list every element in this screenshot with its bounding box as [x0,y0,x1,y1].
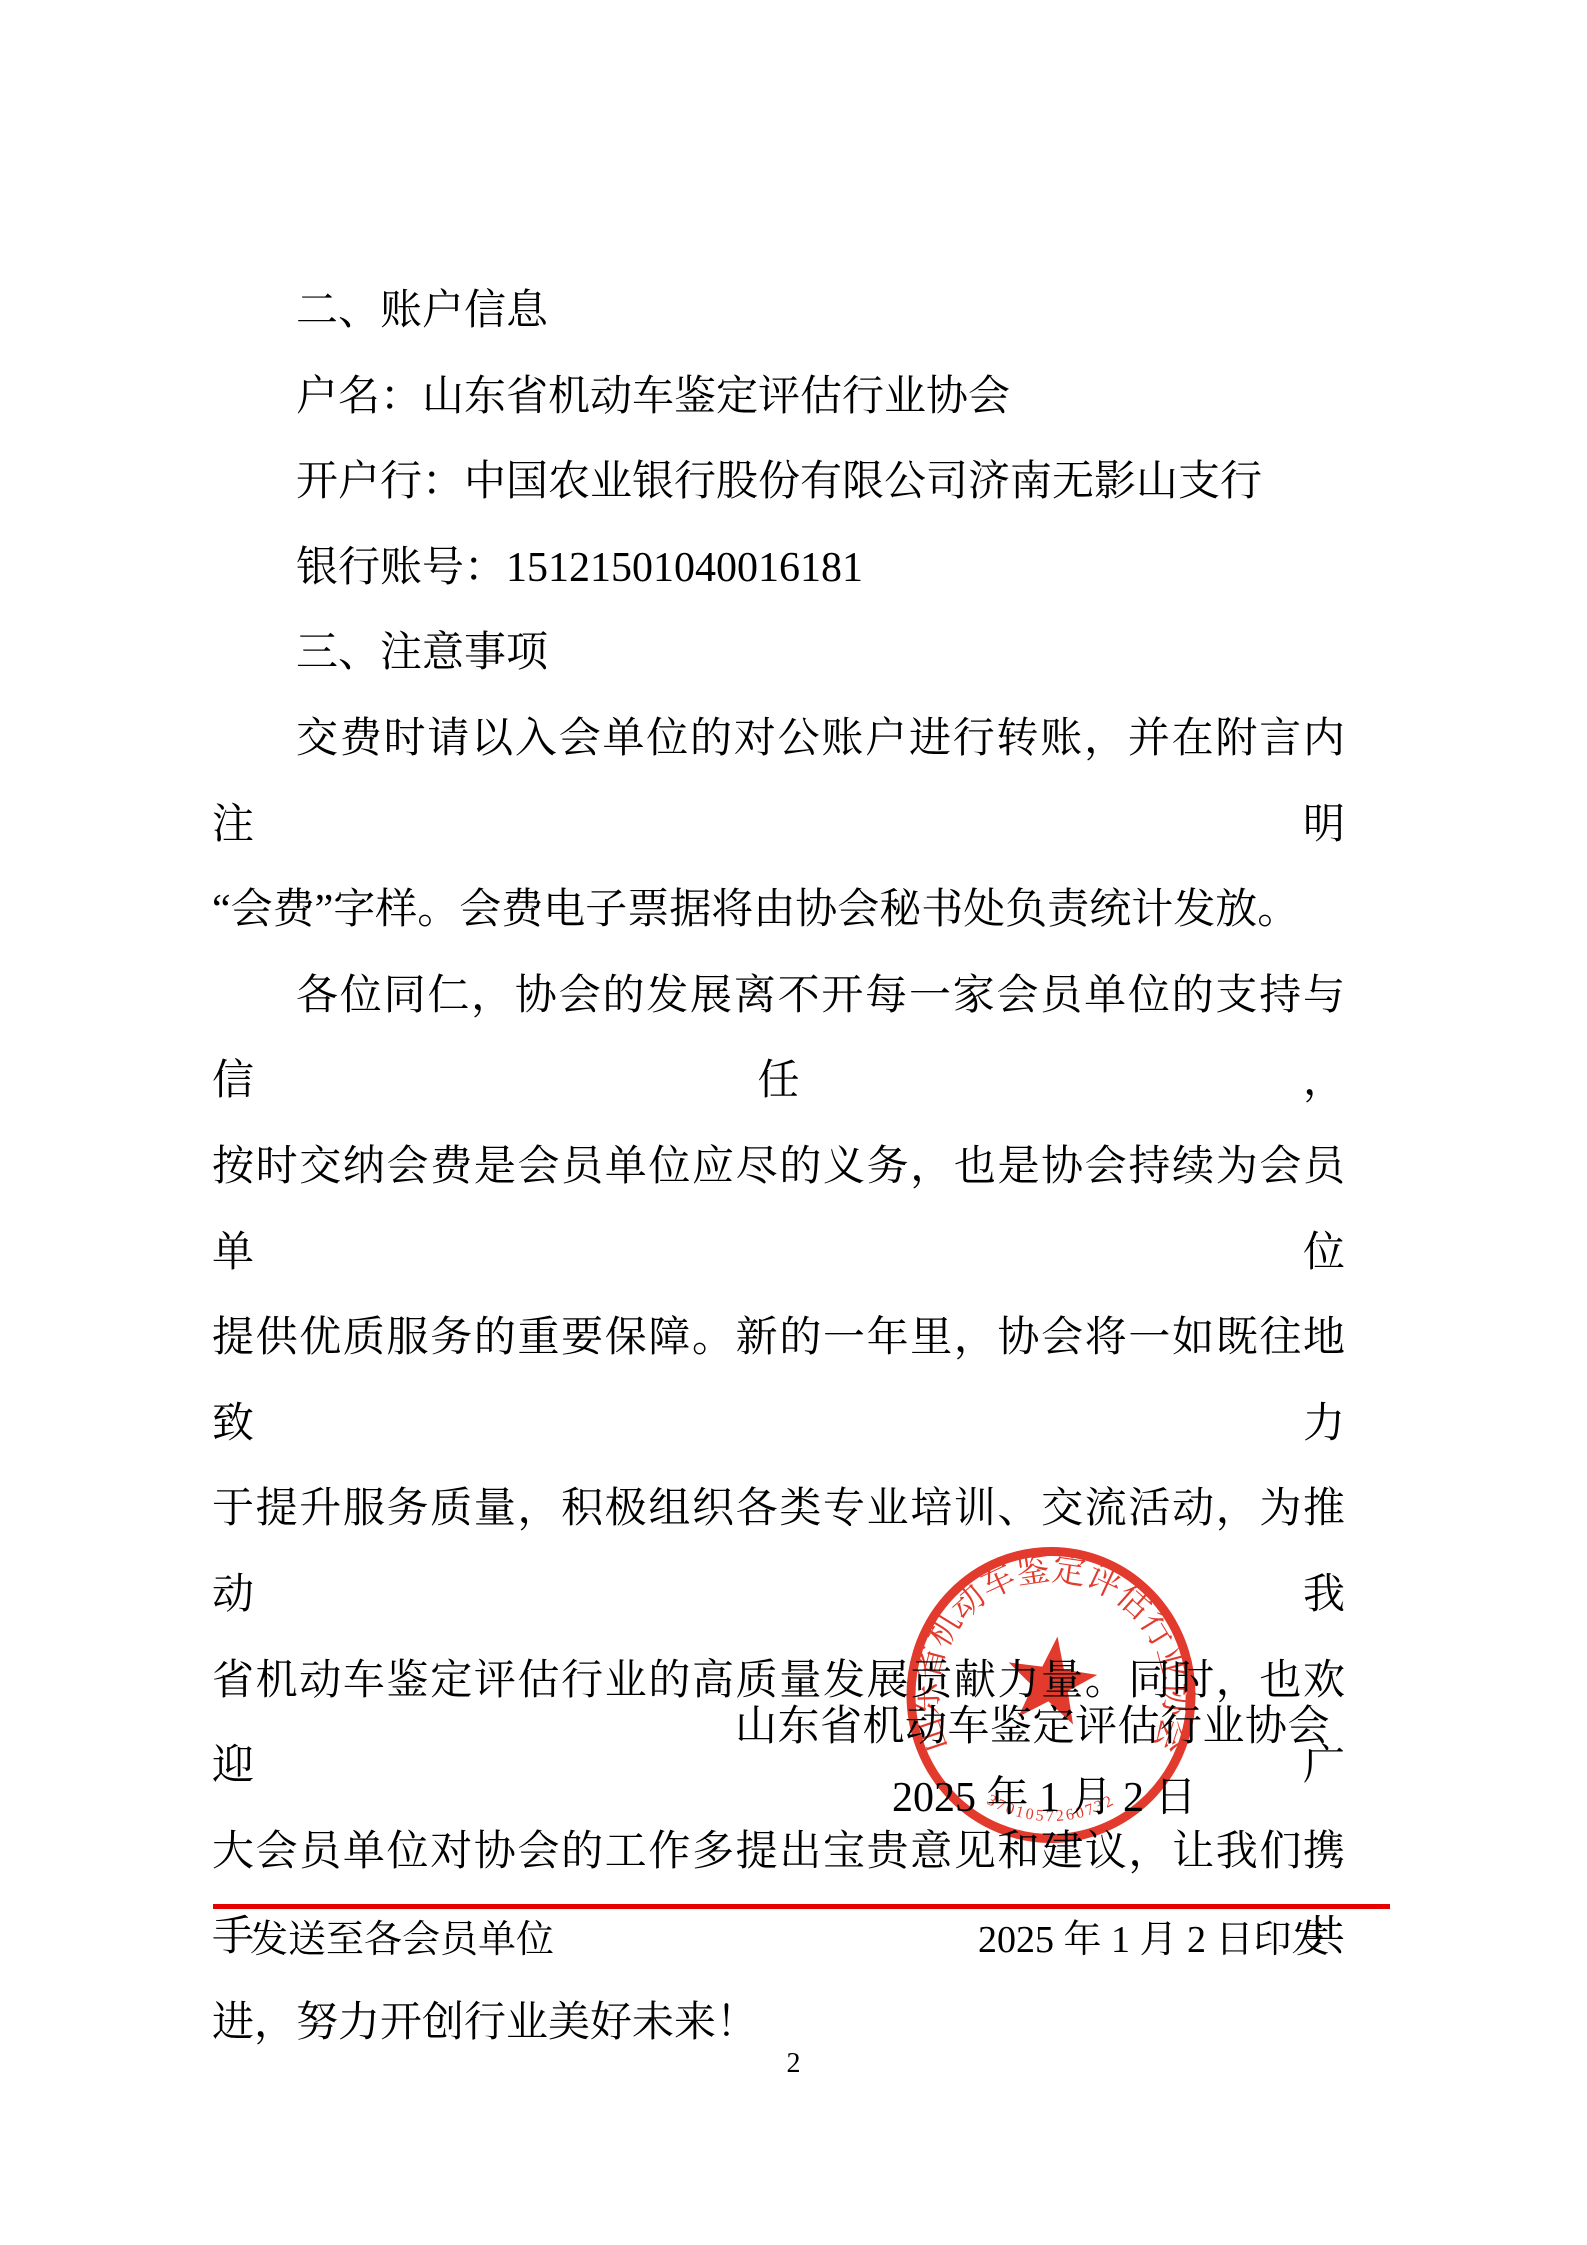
body-line: 户名：山东省机动车鉴定评估行业协会 [212,355,1345,441]
body-line: 按时交纳会费是会员单位应尽的义务，也是协会持续为会员单位 [212,1125,1345,1296]
footer-print-date: 2025 年 1 月 2 日印发 [978,1918,1330,1964]
body-line: 银行账号：15121501040016181 [212,526,1345,612]
body-line: 提供优质服务的重要保障。新的一年里，协会将一如既往地致力 [212,1296,1345,1467]
body-line: 交费时请以入会单位的对公账户进行转账，并在附言内注明 [212,697,1345,868]
section-heading: 三、注意事项 [212,611,1345,697]
body-line: “会费”字样。会费电子票据将由协会秘书处负责统计发放。 [212,868,1345,954]
seal-number: 3701057260732 [984,1792,1118,1825]
official-seal-stamp: 山东省机动车鉴定评估行业协会 3701057260732 [902,1543,1200,1847]
footer-distribution-note: 发送至各会员单位 [250,1918,554,1964]
footer-divider-line [213,1904,1390,1909]
page-number: 2 [0,2048,1587,2080]
seal-star-icon [1001,1630,1101,1727]
seal-group: 山东省机动车鉴定评估行业协会 3701057260732 [906,1549,1197,1838]
document-page: 二、账户信息 户名：山东省机动车鉴定评估行业协会 开户行：中国农业银行股份有限公… [0,0,1587,2245]
body-line: 各位同仁，协会的发展离不开每一家会员单位的支持与信任， [212,954,1345,1125]
body-line: 开户行：中国农业银行股份有限公司济南无影山支行 [212,440,1345,526]
section-heading: 二、账户信息 [212,269,1345,355]
